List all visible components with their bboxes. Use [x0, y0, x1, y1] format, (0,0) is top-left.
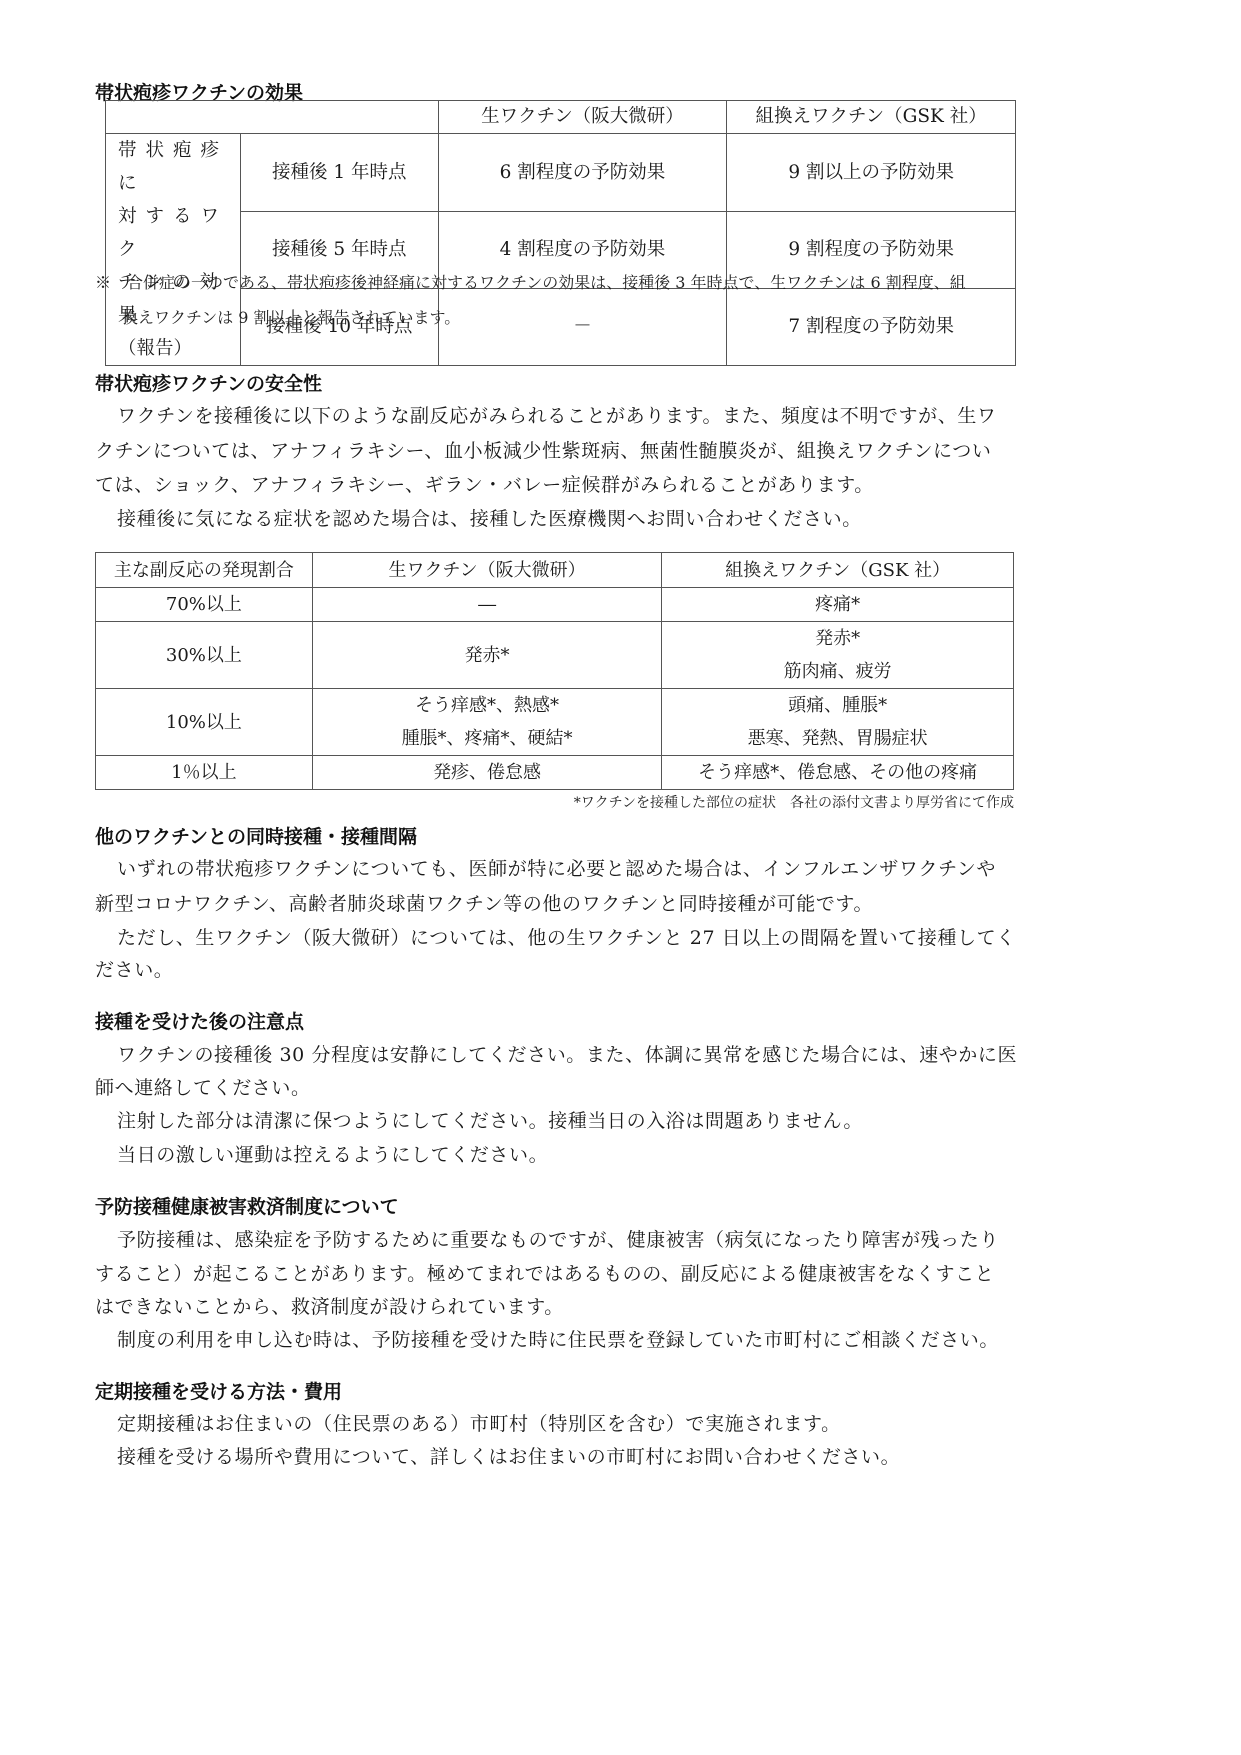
paragraph-line: ワクチンの接種後 30 分程度は安静にしてください。また、体調に異常を感じた場合…	[117, 1043, 1037, 1067]
paragraph-line: 接種を受ける場所や費用について、詳しくはお住まいの市町村にお問い合わせください。	[117, 1445, 1037, 1469]
paragraph-line: 制度の利用を申し込む時は、予防接種を受けた時に住民票を登録していた市町村にご相談…	[117, 1328, 1037, 1352]
recombinant-cell: 9 割以上の予防効果	[727, 134, 1016, 212]
paragraph-line: ワクチンを接種後に以下のような副反応がみられることがあります。また、頻度は不明で…	[117, 404, 1037, 428]
rate-cell: 10%以上	[96, 689, 313, 756]
recombinant-cell: 頭痛、腫脹* 悪寒、発熱、胃腸症状	[662, 689, 1014, 756]
paragraph-line: クチンについては、アナフィラキシー、血小板減少性紫斑病、無菌性髄膜炎が、組換えワ…	[95, 439, 1015, 463]
cell-line: 腫脹*、疼痛*、硬結*	[313, 722, 662, 755]
table-row: 10%以上 そう痒感*、熱感* 腫脹*、疼痛*、硬結* 頭痛、腫脹* 悪寒、発熱…	[96, 689, 1014, 756]
recombinant-cell: 疼痛*	[662, 588, 1014, 622]
rate-cell: 70%以上	[96, 588, 313, 622]
cell-line: 筋肉痛、疲労	[662, 655, 1013, 688]
row-group-label: 帯状疱疹に 対するワク チンの効果 （報告）	[106, 134, 241, 366]
recombinant-cell: そう痒感*、倦怠感、その他の疼痛	[662, 756, 1014, 790]
label-line: 帯状疱疹に	[118, 134, 234, 200]
header-cell-recombinant: 組換えワクチン（GSK 社）	[727, 101, 1016, 134]
live-cell: 6 割程度の予防効果	[438, 134, 727, 212]
header-cell-recombinant: 組換えワクチン（GSK 社）	[662, 553, 1014, 588]
header-cell-empty	[106, 101, 439, 134]
header-cell-live: 生ワクチン（阪大微研）	[438, 101, 727, 134]
paragraph-line: 師へ連絡してください。	[95, 1076, 1015, 1100]
header-cell-rate: 主な副反応の発現割合	[96, 553, 313, 588]
paragraph-line: すること）が起こることがあります。極めてまれではあるものの、副反応による健康被害…	[95, 1262, 1015, 1286]
live-cell: 発疹、倦怠感	[312, 756, 662, 790]
header-cell-live: 生ワクチン（阪大微研）	[312, 553, 662, 588]
paragraph-line: 注射した部分は清潔に保つようにしてください。接種当日の入浴は問題ありません。	[117, 1109, 1037, 1133]
cell-line: 頭痛、腫脹*	[662, 689, 1013, 722]
section-heading-precautions: 接種を受けた後の注意点	[95, 1010, 304, 1034]
paragraph-line: はできないことから、救済制度が設けられています。	[95, 1295, 1015, 1319]
paragraph-line: ては、ショック、アナフィラキシー、ギラン・バレー症候群がみられることがあります。	[95, 473, 1015, 497]
cell-line: そう痒感*、熱感*	[313, 689, 662, 722]
rate-cell: 1％以上	[96, 756, 313, 790]
section-heading-concurrent: 他のワクチンとの同時接種・接種間隔	[95, 825, 417, 849]
cell-line: 悪寒、発熱、胃腸症状	[662, 722, 1013, 755]
rate-cell: 30%以上	[96, 622, 313, 689]
efficacy-note-line: ※ 合併症の一つである、帯状疱疹後神経痛に対するワクチンの効果は、接種後 3 年…	[95, 272, 966, 294]
section-heading-routine: 定期接種を受ける方法・費用	[95, 1380, 342, 1404]
label-line: （報告）	[118, 332, 234, 365]
table-row: 30%以上 発赤* 発赤* 筋肉痛、疲労	[96, 622, 1014, 689]
paragraph-line: 定期接種はお住まいの（住民票のある）市町村（特別区を含む）で実施されます。	[117, 1412, 1037, 1436]
paragraph-line: 予防接種は、感染症を予防するために重要なものですが、健康被害（病気になったり障害…	[117, 1228, 1037, 1252]
section-heading-safety: 帯状疱疹ワクチンの安全性	[95, 372, 322, 396]
paragraph-line: ださい。	[95, 958, 1015, 982]
side-effects-table: 主な副反応の発現割合 生ワクチン（阪大微研） 組換えワクチン（GSK 社） 70…	[95, 552, 1014, 790]
timepoint-cell: 接種後 1 年時点	[240, 134, 438, 212]
table-row: 帯状疱疹に 対するワク チンの効果 （報告） 接種後 1 年時点 6 割程度の予…	[106, 134, 1016, 212]
paragraph-line: 当日の激しい運動は控えるようにしてください。	[117, 1143, 1037, 1167]
live-cell: そう痒感*、熱感* 腫脹*、疼痛*、硬結*	[312, 689, 662, 756]
table-header-row: 生ワクチン（阪大微研） 組換えワクチン（GSK 社）	[106, 101, 1016, 134]
live-cell: ―	[312, 588, 662, 622]
paragraph-line: ただし、生ワクチン（阪大微研）については、他の生ワクチンと 27 日以上の間隔を…	[117, 926, 1037, 950]
label-line: 対するワク	[118, 200, 234, 266]
table-row: 70%以上 ― 疼痛*	[96, 588, 1014, 622]
table-header-row: 主な副反応の発現割合 生ワクチン（阪大微研） 組換えワクチン（GSK 社）	[96, 553, 1014, 588]
table-row: 1％以上 発疹、倦怠感 そう痒感*、倦怠感、その他の疼痛	[96, 756, 1014, 790]
recombinant-cell: 発赤* 筋肉痛、疲労	[662, 622, 1014, 689]
paragraph-line: 接種後に気になる症状を認めた場合は、接種した医療機関へお問い合わせください。	[117, 507, 1037, 531]
efficacy-note-line: 換えワクチンは 9 割以上と報告されています。	[122, 307, 460, 329]
paragraph-line: 新型コロナワクチン、高齢者肺炎球菌ワクチン等の他のワクチンと同時接種が可能です。	[95, 892, 1015, 916]
recombinant-cell: 7 割程度の予防効果	[727, 289, 1016, 366]
live-cell: －	[438, 289, 727, 366]
live-cell: 発赤*	[312, 622, 662, 689]
cell-line: 発赤*	[662, 622, 1013, 655]
table-footnote: *ワクチンを接種した部位の症状 各社の添付文書より厚労省にて作成	[574, 793, 1014, 813]
paragraph-line: いずれの帯状疱疹ワクチンについても、医師が特に必要と認めた場合は、インフルエンザ…	[117, 857, 1037, 881]
section-heading-relief: 予防接種健康被害救済制度について	[95, 1195, 399, 1219]
